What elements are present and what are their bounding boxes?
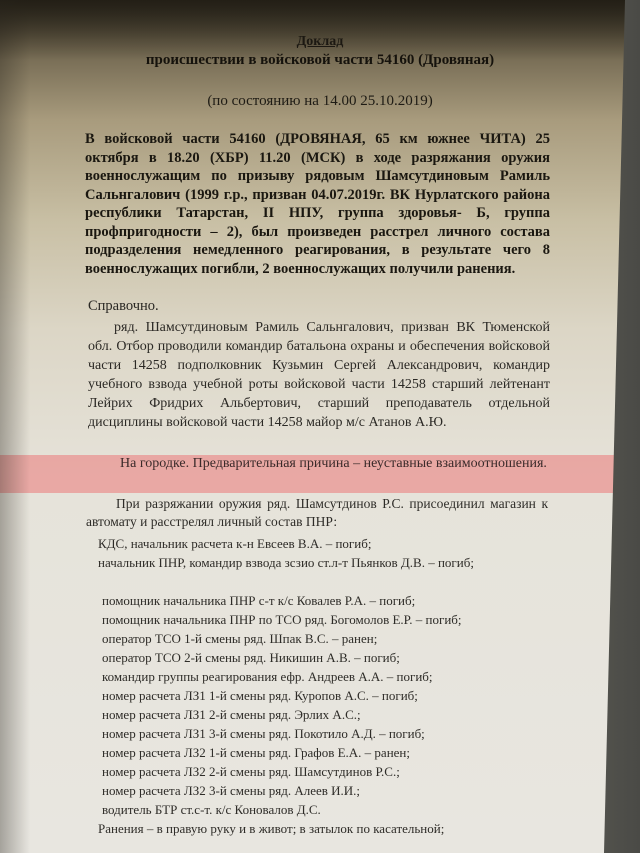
casualty-item: КДС, начальник расчета к-н Евсеев В.А. –… bbox=[98, 534, 568, 553]
document-photo: Доклад происшествии в войсковой части 54… bbox=[0, 0, 640, 853]
casualty-item: оператор ТСО 1-й смены ряд. Шпак В.С. – … bbox=[98, 629, 568, 648]
paragraph-main: В войсковой части 54160 (ДРОВЯНАЯ, 65 км… bbox=[85, 130, 550, 278]
photo-left-shadow bbox=[0, 0, 30, 853]
casualty-item: номер расчета ЛЗ1 3-й смены ряд. Покотил… bbox=[98, 724, 568, 743]
paragraph-highlighted: На городке. Предварительная причина – не… bbox=[88, 455, 550, 473]
casualty-item: номер расчета ЛЗ2 1-й смены ряд. Графов … bbox=[98, 743, 568, 762]
paragraph-incident: При разряжании оружия ряд. Шамсутдинов Р… bbox=[86, 495, 548, 531]
paper-edge-background bbox=[580, 0, 640, 853]
reference-label: Справочно. bbox=[88, 298, 159, 315]
casualty-item: оператор ТСО 2-й смены ряд. Никишин А.В.… bbox=[98, 648, 568, 667]
casualty-item: номер расчета ЛЗ2 2-й смены ряд. Шамсутд… bbox=[98, 762, 568, 781]
casualty-item: помощник начальника ПНР по ТСО ряд. Бого… bbox=[98, 610, 568, 629]
casualty-item: командир группы реагирования ефр. Андрее… bbox=[98, 667, 568, 686]
wounds-note: Ранения – в правую руку и в живот; в зат… bbox=[98, 819, 568, 838]
report-as-of: (по состоянию на 14.00 25.10.2019) bbox=[0, 93, 640, 110]
paragraph-main-text: В войсковой части 54160 (ДРОВЯНАЯ, 65 км… bbox=[85, 131, 550, 277]
casualty-item: водитель БТР ст.с-т. к/с Коновалов Д.С. bbox=[98, 800, 568, 819]
paragraph-reference: ряд. Шамсутдиновым Рамиль Сальнгалович, … bbox=[88, 318, 550, 432]
casualty-list: КДС, начальник расчета к-н Евсеев В.А. –… bbox=[98, 534, 568, 838]
casualty-item: начальник ПНР, командир взвода зсзио ст.… bbox=[98, 553, 538, 591]
photo-top-shadow bbox=[0, 0, 640, 60]
casualty-item: номер расчета ЛЗ1 2-й смены ряд. Эрлих А… bbox=[98, 705, 568, 724]
casualty-item: номер расчета ЛЗ1 1-й смены ряд. Куропов… bbox=[98, 686, 568, 705]
casualty-item: номер расчета ЛЗ2 3-й смены ряд. Алеев И… bbox=[98, 781, 568, 800]
casualty-item: помощник начальника ПНР с-т к/с Ковалев … bbox=[98, 591, 568, 610]
casualty-item-text: начальник ПНР, командир взвода зсзио ст.… bbox=[98, 555, 474, 570]
